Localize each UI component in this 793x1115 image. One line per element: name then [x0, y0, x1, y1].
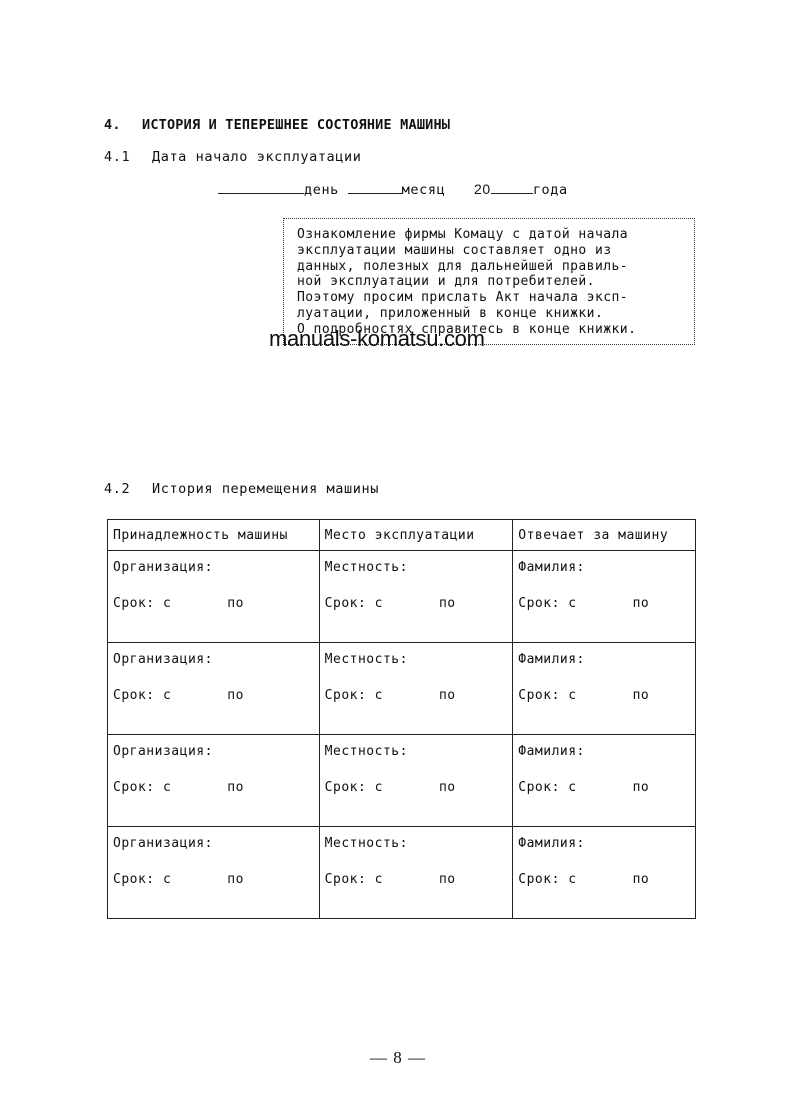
machine-history-table: Принадлежность машины Место эксплуатации…	[107, 519, 696, 919]
month-label: месяц	[402, 182, 446, 198]
column-header-responsible: Отвечает за машину	[513, 520, 696, 551]
term-to-label: по	[633, 872, 650, 887]
year-label: года	[533, 182, 568, 198]
location-cell[interactable]: Местность:Срок: спо	[319, 643, 513, 735]
term-to-label: по	[439, 596, 456, 611]
term-to-label: по	[227, 596, 244, 611]
cell-field-label: Организация:	[113, 836, 319, 851]
term-line: Срок: спо	[325, 596, 513, 611]
section-4-2-heading: 4.2История перемещения машины	[104, 481, 379, 497]
organization-cell[interactable]: Организация:Срок: спо	[108, 735, 320, 827]
table-row: Организация:Срок: споМестность:Срок: спо…	[108, 827, 696, 919]
term-from-label: Срок: с	[325, 688, 383, 703]
table-header-row: Принадлежность машины Место эксплуатации…	[108, 520, 696, 551]
responsible-person-cell[interactable]: Фамилия:Срок: спо	[513, 551, 696, 643]
responsible-person-cell[interactable]: Фамилия:Срок: спо	[513, 827, 696, 919]
location-cell[interactable]: Местность:Срок: спо	[319, 735, 513, 827]
month-field[interactable]	[348, 180, 402, 194]
section-number: 4.1	[104, 149, 152, 165]
section-title: История перемещения машины	[152, 481, 379, 497]
day-label: день	[304, 182, 339, 198]
page-number: — 8 —	[370, 1048, 426, 1068]
column-header-location: Место эксплуатации	[319, 520, 513, 551]
term-to-label: по	[633, 688, 650, 703]
term-from-label: Срок: с	[518, 872, 576, 887]
term-to-label: по	[439, 688, 456, 703]
term-line: Срок: спо	[113, 872, 319, 887]
term-line: Срок: спо	[518, 596, 695, 611]
term-line: Срок: спо	[113, 596, 319, 611]
term-from-label: Срок: с	[113, 872, 171, 887]
cell-field-label: Фамилия:	[518, 652, 695, 667]
cell-field-label: Фамилия:	[518, 836, 695, 851]
section-4-1-heading: 4.1Дата начало эксплуатации	[104, 149, 361, 165]
term-from-label: Срок: с	[325, 780, 383, 795]
note-line: Поэтому просим прислать Акт начала эксп-	[297, 290, 694, 306]
start-date-form: день месяц 20года	[218, 180, 568, 198]
section-title: ИСТОРИЯ И ТЕПЕРЕШНЕЕ СОСТОЯНИЕ МАШИНЫ	[142, 117, 450, 133]
location-cell[interactable]: Местность:Срок: спо	[319, 827, 513, 919]
term-line: Срок: спо	[518, 780, 695, 795]
term-from-label: Срок: с	[325, 596, 383, 611]
section-4-heading: 4.ИСТОРИЯ И ТЕПЕРЕШНЕЕ СОСТОЯНИЕ МАШИНЫ	[104, 117, 450, 133]
term-to-label: по	[439, 780, 456, 795]
term-line: Срок: спо	[325, 872, 513, 887]
table-row: Организация:Срок: споМестность:Срок: спо…	[108, 643, 696, 735]
term-to-label: по	[227, 688, 244, 703]
section-number: 4.2	[104, 481, 152, 497]
organization-cell[interactable]: Организация:Срок: спо	[108, 643, 320, 735]
cell-field-label: Местность:	[325, 744, 513, 759]
cell-field-label: Местность:	[325, 652, 513, 667]
responsible-person-cell[interactable]: Фамилия:Срок: спо	[513, 735, 696, 827]
term-from-label: Срок: с	[113, 596, 171, 611]
term-to-label: по	[227, 780, 244, 795]
note-line: данных, полезных для дальнейшей правиль-	[297, 259, 694, 275]
table-row: Организация:Срок: споМестность:Срок: спо…	[108, 551, 696, 643]
organization-cell[interactable]: Организация:Срок: спо	[108, 827, 320, 919]
term-from-label: Срок: с	[518, 688, 576, 703]
note-line: ной эксплуатации и для потребителей.	[297, 274, 694, 290]
term-to-label: по	[633, 780, 650, 795]
term-line: Срок: спо	[518, 872, 695, 887]
year-prefix: 20	[474, 181, 491, 197]
note-line: эксплуатации машины составляет одно из	[297, 243, 694, 259]
note-line: луатации, приложенный в конце книжки.	[297, 306, 694, 322]
cell-field-label: Фамилия:	[518, 744, 695, 759]
location-cell[interactable]: Местность:Срок: спо	[319, 551, 513, 643]
section-title: Дата начало эксплуатации	[152, 149, 361, 165]
term-from-label: Срок: с	[518, 780, 576, 795]
term-line: Срок: спо	[113, 688, 319, 703]
year-field[interactable]	[491, 180, 533, 194]
term-from-label: Срок: с	[113, 780, 171, 795]
cell-field-label: Организация:	[113, 560, 319, 575]
day-field[interactable]	[218, 180, 304, 194]
term-line: Срок: спо	[325, 688, 513, 703]
term-from-label: Срок: с	[518, 596, 576, 611]
column-header-ownership: Принадлежность машины	[108, 520, 320, 551]
term-to-label: по	[439, 872, 456, 887]
note-line: Ознакомление фирмы Комацу с датой начала	[297, 227, 694, 243]
term-line: Срок: спо	[518, 688, 695, 703]
term-to-label: по	[633, 596, 650, 611]
cell-field-label: Местность:	[325, 836, 513, 851]
term-from-label: Срок: с	[325, 872, 383, 887]
term-to-label: по	[227, 872, 244, 887]
table-row: Организация:Срок: споМестность:Срок: спо…	[108, 735, 696, 827]
responsible-person-cell[interactable]: Фамилия:Срок: спо	[513, 643, 696, 735]
cell-field-label: Организация:	[113, 652, 319, 667]
term-line: Срок: спо	[325, 780, 513, 795]
cell-field-label: Организация:	[113, 744, 319, 759]
term-from-label: Срок: с	[113, 688, 171, 703]
section-number: 4.	[104, 117, 142, 133]
cell-field-label: Фамилия:	[518, 560, 695, 575]
organization-cell[interactable]: Организация:Срок: спо	[108, 551, 320, 643]
term-line: Срок: спо	[113, 780, 319, 795]
cell-field-label: Местность:	[325, 560, 513, 575]
watermark: manuals-komatsu.com	[269, 326, 485, 352]
